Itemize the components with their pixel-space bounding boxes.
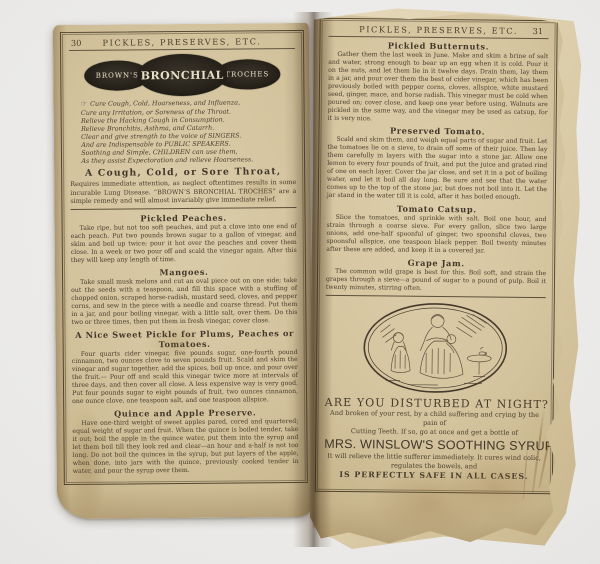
troches-ad-body: Requires immediate attention, as neglect… bbox=[70, 178, 296, 205]
troches-logo-word-1: BROWN'S bbox=[96, 71, 139, 79]
recipe-tomato-catsup: Tomato Catsup. Slice the tomatoes, and s… bbox=[326, 203, 547, 256]
section-divider bbox=[70, 207, 296, 210]
recipe-body: Scald and skim them, and weigh equal par… bbox=[327, 136, 548, 202]
recipe-mangoes: Mangoes. Take small musk melons and cut … bbox=[71, 266, 298, 327]
recipe-title: Mangoes. bbox=[71, 266, 297, 278]
recipe-body: Slice the tomatoes, and sprinkle with sa… bbox=[326, 214, 546, 256]
recipe-body: The common wild grape is best for this. … bbox=[326, 267, 546, 293]
section-divider bbox=[326, 295, 546, 298]
page-number-left: 30 bbox=[71, 38, 85, 48]
page-right-frame: PICKLES, PRESERVES, ETC. 31 Pickled Butt… bbox=[315, 18, 558, 494]
recipe-sweet-pickle: A Nice Sweet Pickle for Plums, Peaches o… bbox=[72, 328, 299, 407]
troches-ad-copy: ☞Cure Cough, Cold, Hoarseness, and Influ… bbox=[81, 98, 285, 165]
page-right: PICKLES, PRESERVES, ETC. 31 Pickled Butt… bbox=[308, 12, 567, 547]
mother-children-engraving-icon bbox=[360, 301, 511, 397]
manicule-icon: ☞ bbox=[81, 100, 87, 108]
recipe-grape-jam: Grape Jam. The common wild grape is best… bbox=[326, 256, 546, 293]
brons-troches-logo: BROWN'S TROCHES BRONCHIAL bbox=[84, 52, 280, 98]
recipe-title: Pickled Peaches. bbox=[71, 212, 297, 224]
recipe-body: Take ripe, but not too soft peaches, and… bbox=[71, 223, 297, 265]
troches-logo-center-oval: BRONCHIAL bbox=[137, 54, 227, 97]
running-head-right: PICKLES, PRESERVES, ETC. bbox=[359, 24, 518, 36]
winslow-product-name: MRS. WINSLOW'S SOOTHING SYRUP. bbox=[324, 437, 544, 453]
running-head-left: PICKLES, PRESERVES, ETC. bbox=[102, 36, 261, 47]
recipe-quince-apple-preserve: Quince and Apple Preserve. Have one-thir… bbox=[72, 407, 299, 476]
recipe-pickled-peaches: Pickled Peaches. Take ripe, but not too … bbox=[71, 212, 297, 265]
troches-ad-line: As they assist Expectoration and relieve… bbox=[81, 155, 284, 165]
recipe-body: Gather them the last week in June. Make … bbox=[328, 51, 549, 125]
winslow-syrup-ad: ARE YOU DISTURBED AT NIGHT? And broken o… bbox=[324, 300, 546, 481]
page-left: 30 PICKLES, PRESERVES, ETC. BROWN'S TROC… bbox=[53, 23, 313, 519]
page-number-right: 31 bbox=[533, 26, 547, 36]
recipe-body: Four quarts cider vinegar, five pounds s… bbox=[72, 349, 298, 407]
page-left-frame: 30 PICKLES, PRESERVES, ETC. BROWN'S TROC… bbox=[60, 30, 308, 485]
recipe-body: Take small musk melons and cut an oval p… bbox=[71, 277, 297, 327]
troches-ad-subhead: A Cough, Cold, or Sore Throat, bbox=[70, 166, 296, 179]
recipe-title: A Nice Sweet Pickle for Plums, Peaches o… bbox=[72, 328, 298, 350]
recipe-preserved-tomato: Preserved Tomato. Scald and skim them, a… bbox=[327, 125, 548, 202]
recipe-pickled-butternuts: Pickled Butternuts. Gather them the last… bbox=[328, 40, 549, 125]
recipe-body: Have one-third weight of sweet apples pa… bbox=[72, 418, 298, 476]
recipe-title: Quince and Apple Preserve. bbox=[72, 407, 298, 419]
page-left-header: 30 PICKLES, PRESERVES, ETC. bbox=[69, 35, 295, 51]
troches-logo-word-3: TROCHES bbox=[225, 70, 269, 78]
troches-logo-word-2: BRONCHIAL bbox=[141, 68, 224, 82]
book-photo: 30 PICKLES, PRESERVES, ETC. BROWN'S TROC… bbox=[0, 0, 600, 564]
page-right-header: PICKLES, PRESERVES, ETC. 31 bbox=[329, 23, 549, 39]
winslow-line-2: Cutting Teeth. If so, go at once and get… bbox=[324, 426, 544, 437]
winslow-line-5: IS PERFECTLY SAFE IN ALL CASES. bbox=[324, 470, 544, 481]
